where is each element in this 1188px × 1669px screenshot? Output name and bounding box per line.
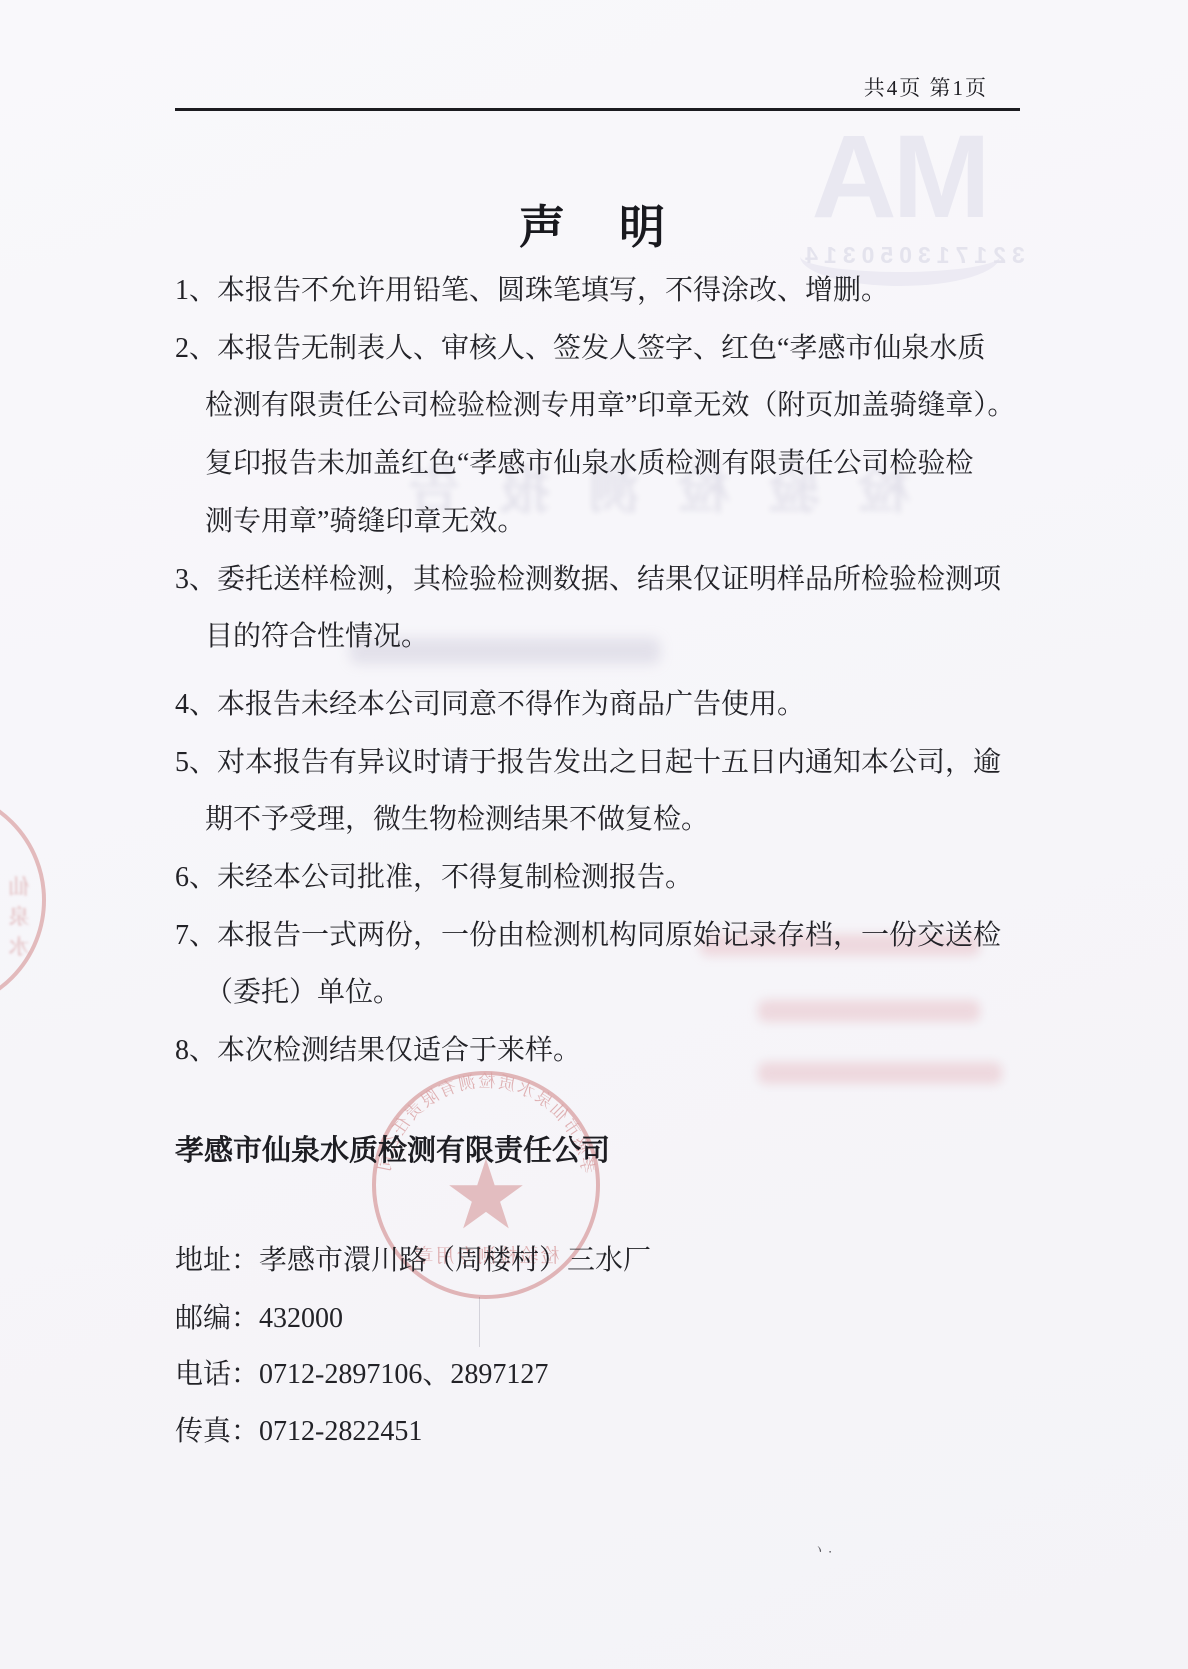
scan-artifact-line <box>479 1297 480 1347</box>
statement-text: 本报告不允许用铅笔、圆珠笔填写，不得涂改、增删。 <box>217 275 889 306</box>
statement-item-3: 3、委托送样检测，其检验检测数据、结果仅证明样品所检验检测项 目的符合性情况。 <box>175 551 1055 666</box>
statement-list: 1、本报告不允许用铅笔、圆珠笔填写，不得涂改、增删。 2、本报告无制表人、审核人… <box>175 262 1055 1080</box>
statement-text: 本报告无制表人、审核人、签发人签字、红色“孝感市仙泉水质 <box>217 333 985 364</box>
statement-line: 检测有限责任公司检验检测专用章”印章无效（附页加盖骑缝章）。 <box>175 377 1055 435</box>
statement-item-1: 1、本报告不允许用铅笔、圆珠笔填写，不得涂改、增删。 <box>175 262 1055 320</box>
page-number: 共4页 第1页 <box>864 72 988 102</box>
item-number: 3、 <box>175 564 217 595</box>
document-title: 声 明 <box>0 191 1188 257</box>
item-number: 2、 <box>175 333 217 364</box>
partial-seal-left-text: 仙泉水 <box>6 872 32 962</box>
document-page: MA 321713050314 检验检测报告 ★ 孝感市仙泉水质检测有限责任公司… <box>0 0 1188 1669</box>
statement-item-4: 4、本报告未经本公司同意不得作为商品广告使用。 <box>175 676 1055 734</box>
statement-line: 6、未经本公司批准，不得复制检测报告。 <box>175 849 1055 907</box>
item-number: 8、 <box>175 1035 217 1066</box>
item-number: 5、 <box>175 747 217 778</box>
statement-text: 本报告未经本公司同意不得作为商品广告使用。 <box>217 689 805 720</box>
statement-line: 期不予受理，微生物检测结果不做复检。 <box>175 791 1055 849</box>
statement-line: 5、对本报告有异议时请于报告发出之日起十五日内通知本公司，逾 <box>175 734 1055 792</box>
statement-text: 本报告一式两份，一份由检测机构同原始记录存档，一份交送检 <box>217 920 1001 951</box>
statement-item-5: 5、对本报告有异议时请于报告发出之日起十五日内通知本公司，逾 期不予受理，微生物… <box>175 734 1055 849</box>
scan-speck: ヽ· <box>810 1538 836 1562</box>
item-number: 4、 <box>175 689 217 720</box>
company-fax: 传真：0712-2822451 <box>175 1409 422 1449</box>
statement-line: 目的符合性情况。 <box>175 608 1055 666</box>
header-rule <box>175 108 1020 111</box>
company-phone: 电话：0712-2897106、2897127 <box>175 1352 548 1392</box>
statement-line: 3、委托送样检测，其检验检测数据、结果仅证明样品所检验检测项 <box>175 551 1055 609</box>
statement-line: （委托）单位。 <box>175 964 1055 1022</box>
statement-text: 对本报告有异议时请于报告发出之日起十五日内通知本公司，逾 <box>217 747 1001 778</box>
statement-line: 2、本报告无制表人、审核人、签发人签字、红色“孝感市仙泉水质 <box>175 320 1055 378</box>
statement-line: 7、本报告一式两份，一份由检测机构同原始记录存档，一份交送检 <box>175 907 1055 965</box>
statement-item-8: 8、本次检测结果仅适合于来样。 <box>175 1022 1055 1080</box>
statement-line: 8、本次检测结果仅适合于来样。 <box>175 1022 1055 1080</box>
statement-text: 委托送样检测，其检验检测数据、结果仅证明样品所检验检测项 <box>217 564 1001 595</box>
item-number: 7、 <box>175 920 217 951</box>
item-number: 1、 <box>175 275 217 306</box>
statement-line: 1、本报告不允许用铅笔、圆珠笔填写，不得涂改、增删。 <box>175 262 1055 320</box>
statement-text: 未经本公司批准，不得复制检测报告。 <box>217 862 693 893</box>
statement-item-6: 6、未经本公司批准，不得复制检测报告。 <box>175 849 1055 907</box>
company-name: 孝感市仙泉水质检测有限责任公司 <box>175 1128 610 1169</box>
statement-line: 测专用章”骑缝印章无效。 <box>175 493 1055 551</box>
statement-item-2: 2、本报告无制表人、审核人、签发人签字、红色“孝感市仙泉水质 检测有限责任公司检… <box>175 320 1055 551</box>
company-address: 地址：孝感市澴川路（周楼村）三水厂 <box>175 1238 651 1278</box>
statement-line: 4、本报告未经本公司同意不得作为商品广告使用。 <box>175 676 1055 734</box>
item-number: 6、 <box>175 862 217 893</box>
statement-item-7: 7、本报告一式两份，一份由检测机构同原始记录存档，一份交送检 （委托）单位。 <box>175 907 1055 1022</box>
statement-text: 本次检测结果仅适合于来样。 <box>217 1035 581 1066</box>
statement-line: 复印报告未加盖红色“孝感市仙泉水质检测有限责任公司检验检 <box>175 435 1055 493</box>
company-postcode: 邮编：432000 <box>175 1296 343 1336</box>
